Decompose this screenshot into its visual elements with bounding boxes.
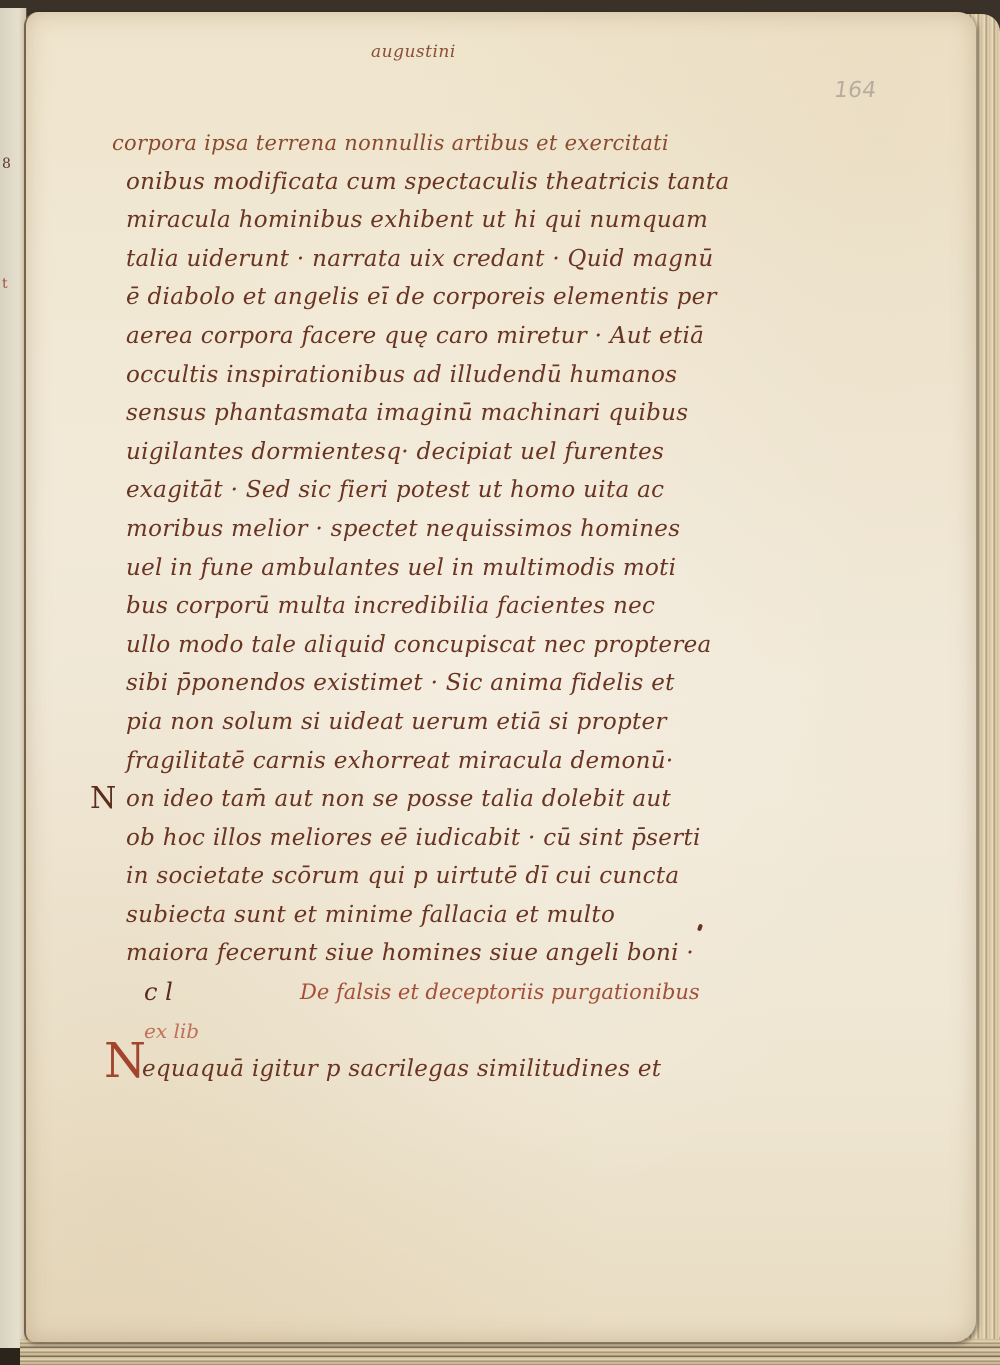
text-line: ē diabolo et angelis eī de corporeis ele… [112,278,732,317]
text-line: miracula hominibus exhibent ut hi qui nu… [112,201,732,240]
decorated-initial-N: N [104,1042,146,1081]
chapter-title-rubric: De falsis et deceptoriis purgationibus [300,973,700,1012]
text-line: uigilantes dormientesq· decipiat uel fur… [112,433,732,472]
book-reference-row: ex lib [112,1012,732,1051]
left-page-fragment: t [2,276,8,292]
text-line-content: equaquā igitur p sacrilegas similitudine… [142,1056,661,1082]
manuscript-folio: augustini 164 corpora ipsa terrena nonnu… [24,12,976,1342]
text-line-with-initial: N on ideo tam̄ aut non se posse talia do… [112,780,732,819]
text-line: bus corporū multa incredibilia facientes… [112,587,732,626]
book-reference-rubric: ex lib [144,1012,199,1051]
chapter-opening-line: N equaquā igitur p sacrilegas similitudi… [112,1050,732,1089]
chapter-heading: c l De falsis et deceptoriis purgationib… [112,973,732,1012]
text-line: uel in fune ambulantes uel in multimodis… [112,549,732,588]
left-page-fragment: 8 [2,156,11,172]
text-line: sensus phantasmata imaginū machinari qui… [112,394,732,433]
manuscript-scene: 8 t augustini 164 corpora ipsa terrena n… [0,0,1000,1365]
text-line: maiora fecerunt siue homines siue angeli… [112,934,732,973]
text-line: moribus melior · spectet nequissimos hom… [112,510,732,549]
text-line: pia non solum si uideat uerum etiā si pr… [112,703,732,742]
text-line: sibi p̄ponendos existimet · Sic anima fi… [112,664,732,703]
text-line: exagitāt · Sed sic fieri potest ut homo … [112,471,732,510]
running-head: augustini [371,42,456,62]
text-line: occultis inspirationibus ad illudendū hu… [112,356,732,395]
left-facing-page-edge: 8 t [0,8,27,1348]
text-line: aerea corpora facere quę caro miretur · … [112,317,732,356]
text-line: in societate scōrum qui p uirtutē dī cui… [112,857,732,896]
text-line: onibus modificata cum spectaculis theatr… [112,163,732,202]
text-line: subiecta sunt et minime fallacia et mult… [112,896,732,935]
text-line-content: on ideo tam̄ aut non se posse talia dole… [126,786,671,812]
text-line: talia uiderunt · narrata uix credant · Q… [112,240,732,279]
bottom-page-edges [20,1339,1000,1365]
text-line: corpora ipsa terrena nonnullis artibus e… [112,124,732,163]
text-line: ob hoc illos meliores eē iudicabit · cū … [112,819,732,858]
line-initial-N: N [90,780,117,819]
text-block: corpora ipsa terrena nonnullis artibus e… [112,124,732,1089]
text-line: ullo modo tale aliquid concupiscat nec p… [112,626,732,665]
folio-number: 164 [832,78,878,103]
chapter-number: c l [144,973,173,1012]
text-line: fragilitatē carnis exhorreat miracula de… [112,742,732,781]
